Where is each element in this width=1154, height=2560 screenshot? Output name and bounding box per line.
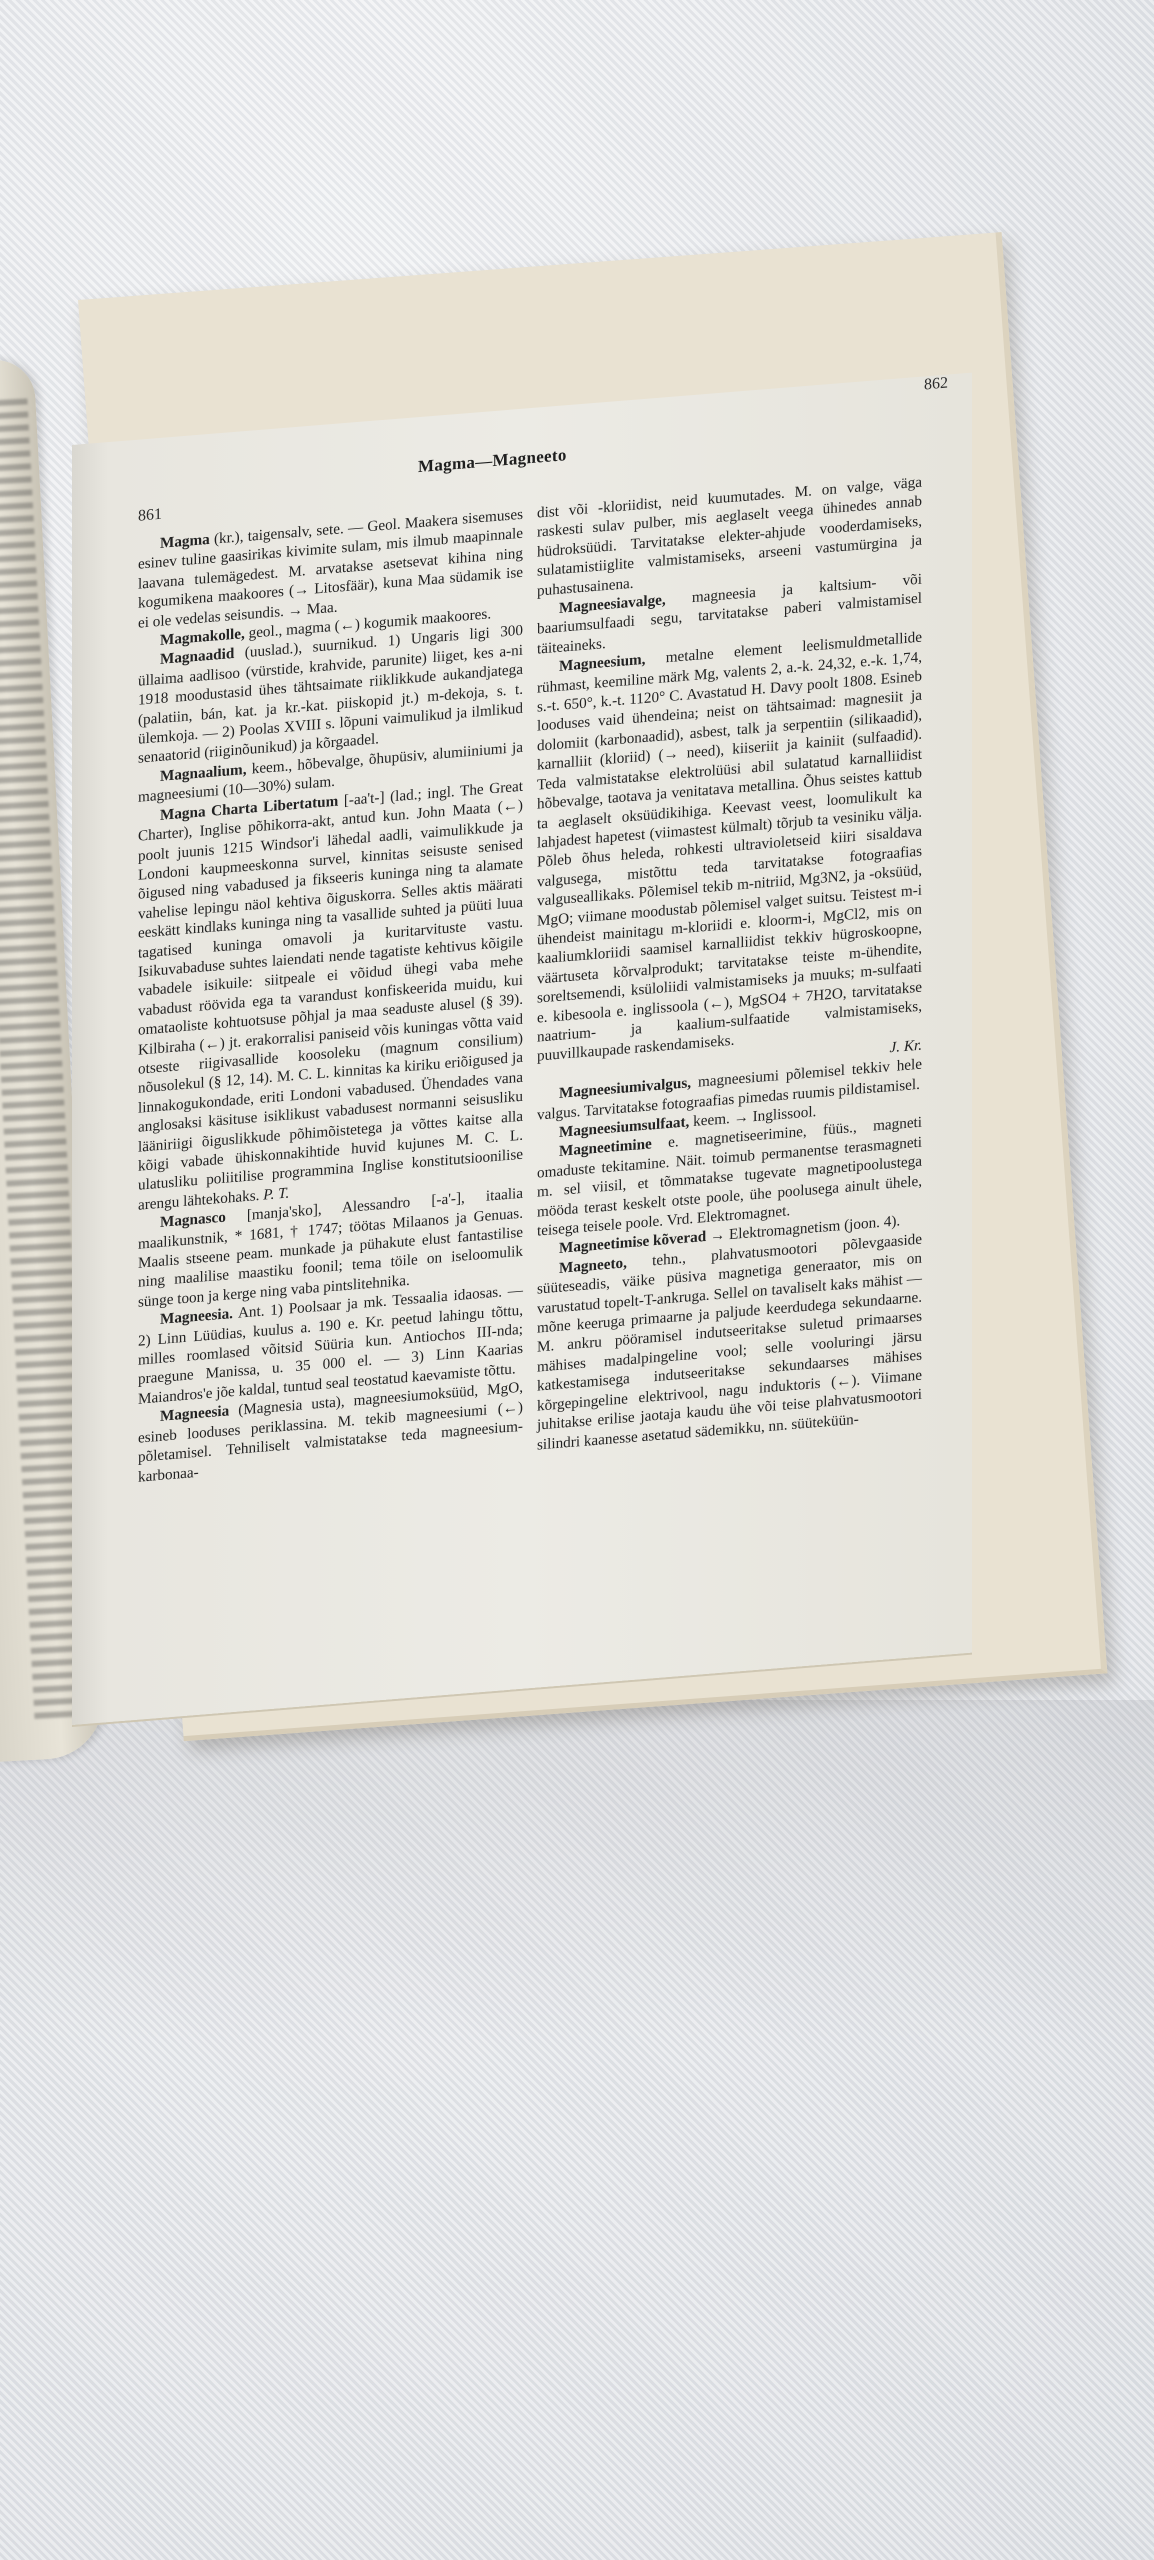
page-content: 861 Magma—Magneeto 862 Magma (kr.), taig… [138, 416, 928, 1486]
headword: Magnasco [160, 1209, 226, 1231]
running-head: Magma—Magneeto [418, 445, 567, 477]
author-signature: P. T. [263, 1184, 289, 1203]
book-page: 861 Magma—Magneeto 862 Magma (kr.), taig… [72, 373, 972, 1725]
page-number-left: 861 [138, 506, 162, 526]
entry-magna-charta: Magna Charta Libertatum [-aa't-] (lad.; … [138, 776, 523, 1215]
right-column: dist või -kloriidist, neid kuumutades. M… [537, 473, 922, 1455]
entry-magneeto: Magneeto, tehn., plahvatusmootori põlevg… [537, 1229, 922, 1454]
text-columns: Magma (kr.), taigensalv, sete. — Geol. M… [138, 472, 928, 1486]
page-number-right: 862 [924, 375, 948, 395]
entry-text: metalne element leelismuldmetallide rühm… [537, 629, 922, 1065]
entry-text: [-aa't-] (lad.; ingl. The Great Charter)… [138, 777, 523, 1213]
tablecloth-shadow [0, 1700, 1154, 2560]
entry-magneesium: Magneesium, metalne element leelismuldme… [537, 628, 922, 1067]
headword: Magma [160, 531, 210, 552]
left-column: Magma (kr.), taigensalv, sete. — Geol. M… [138, 505, 523, 1487]
